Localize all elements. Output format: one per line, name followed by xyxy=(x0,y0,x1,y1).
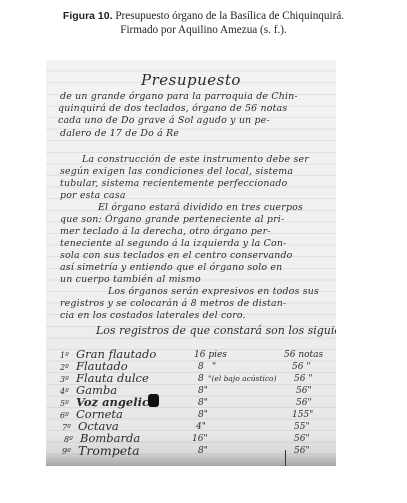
document-title: Presupuesto xyxy=(141,71,241,89)
paragraph4-line: cia en los costados laterales del coro. xyxy=(60,310,246,321)
paragraph4-line: Los órganos serán expresivos en todos su… xyxy=(108,286,319,297)
paragraph3-line: sola con sus teclados en el centro conse… xyxy=(60,250,293,261)
caption-text: Presupuesto órgano de la Basílica de Chi… xyxy=(115,10,344,22)
register-size: 4" xyxy=(196,422,206,432)
register-notes: 155" xyxy=(292,410,313,420)
register-notes: 56" xyxy=(296,398,312,408)
register-size: 8" xyxy=(198,410,208,420)
paragraph3-line: que son: Órgano grande perteneciente al … xyxy=(60,214,284,225)
register-size: 8 xyxy=(198,374,204,384)
register-size: 8" xyxy=(198,398,208,408)
register-notes: 56" xyxy=(296,386,312,396)
registers-heading: Los registros de que constará son los si… xyxy=(96,324,336,337)
register-size: 16 pies xyxy=(194,350,227,360)
caption-line-2: Firmado por Aquilino Amezua (s. f.). xyxy=(0,23,407,37)
paragraph3-line: mer teclado á la derecha, otro órgano pe… xyxy=(60,226,271,237)
register-size: 8 xyxy=(198,362,204,372)
register-number: 8º xyxy=(64,435,73,444)
paragraph1-line: de un grande órgano para la parroquia de… xyxy=(60,91,298,102)
paragraph2-line: según exigen las condiciones del local, … xyxy=(60,166,293,177)
paragraph2-line: por esta casa xyxy=(60,190,126,201)
register-number: 1º xyxy=(60,351,69,360)
register-notes: 56 " xyxy=(292,362,310,372)
register-notes: 56 notas xyxy=(284,350,323,360)
register-size: 8" xyxy=(198,386,208,396)
register-notes: 55" xyxy=(294,422,310,432)
register-number: 5º xyxy=(60,399,69,408)
register-number: 2º xyxy=(60,363,69,372)
page-edge-shadow xyxy=(46,452,336,466)
ink-blot xyxy=(148,394,159,407)
manuscript-page-image: Presupuesto de un grande órgano para la … xyxy=(46,60,336,466)
paragraph3-line: un cuerpo también al mismo xyxy=(60,274,201,285)
register-notes: 56" xyxy=(294,434,310,444)
register-notes: 56 " xyxy=(294,374,312,384)
register-number: 6º xyxy=(60,411,69,420)
paragraph2-line: La construcción de este instrumento debe… xyxy=(82,154,309,165)
figure-label: Figura 10. xyxy=(63,10,113,22)
register-number: 3º xyxy=(60,375,69,384)
paragraph3-line: El órgano estará dividido en tres cuerpo… xyxy=(98,202,303,213)
paragraph2-line: tubular, sistema recientemente perfeccio… xyxy=(60,178,287,189)
paragraph4-line: registros y se colocarán á 8 metros de d… xyxy=(60,298,286,309)
register-size: 16" xyxy=(192,434,208,444)
paragraph3-line: teneciente al segundo á la izquierda y l… xyxy=(60,238,286,249)
register-number: 7º xyxy=(62,423,71,432)
figure-caption: Figura 10. Presupuesto órgano de la Basí… xyxy=(0,9,407,37)
paragraph3-line: así simetría y entiendo que el órgano so… xyxy=(60,262,282,273)
paragraph1-line: quinquirá de dos teclados, órgano de 56 … xyxy=(58,103,287,114)
register-number: 4º xyxy=(60,387,69,396)
register-extra: "(el bajo acústico) xyxy=(208,374,277,383)
caption-line-1: Figura 10. Presupuesto órgano de la Basí… xyxy=(0,9,407,23)
register-extra: " xyxy=(212,362,216,372)
paragraph1-line: cada uno de Do grave á Sol agudo y un pe… xyxy=(58,115,270,126)
paragraph1-line: dalero de 17 de Do á Re xyxy=(60,128,179,139)
